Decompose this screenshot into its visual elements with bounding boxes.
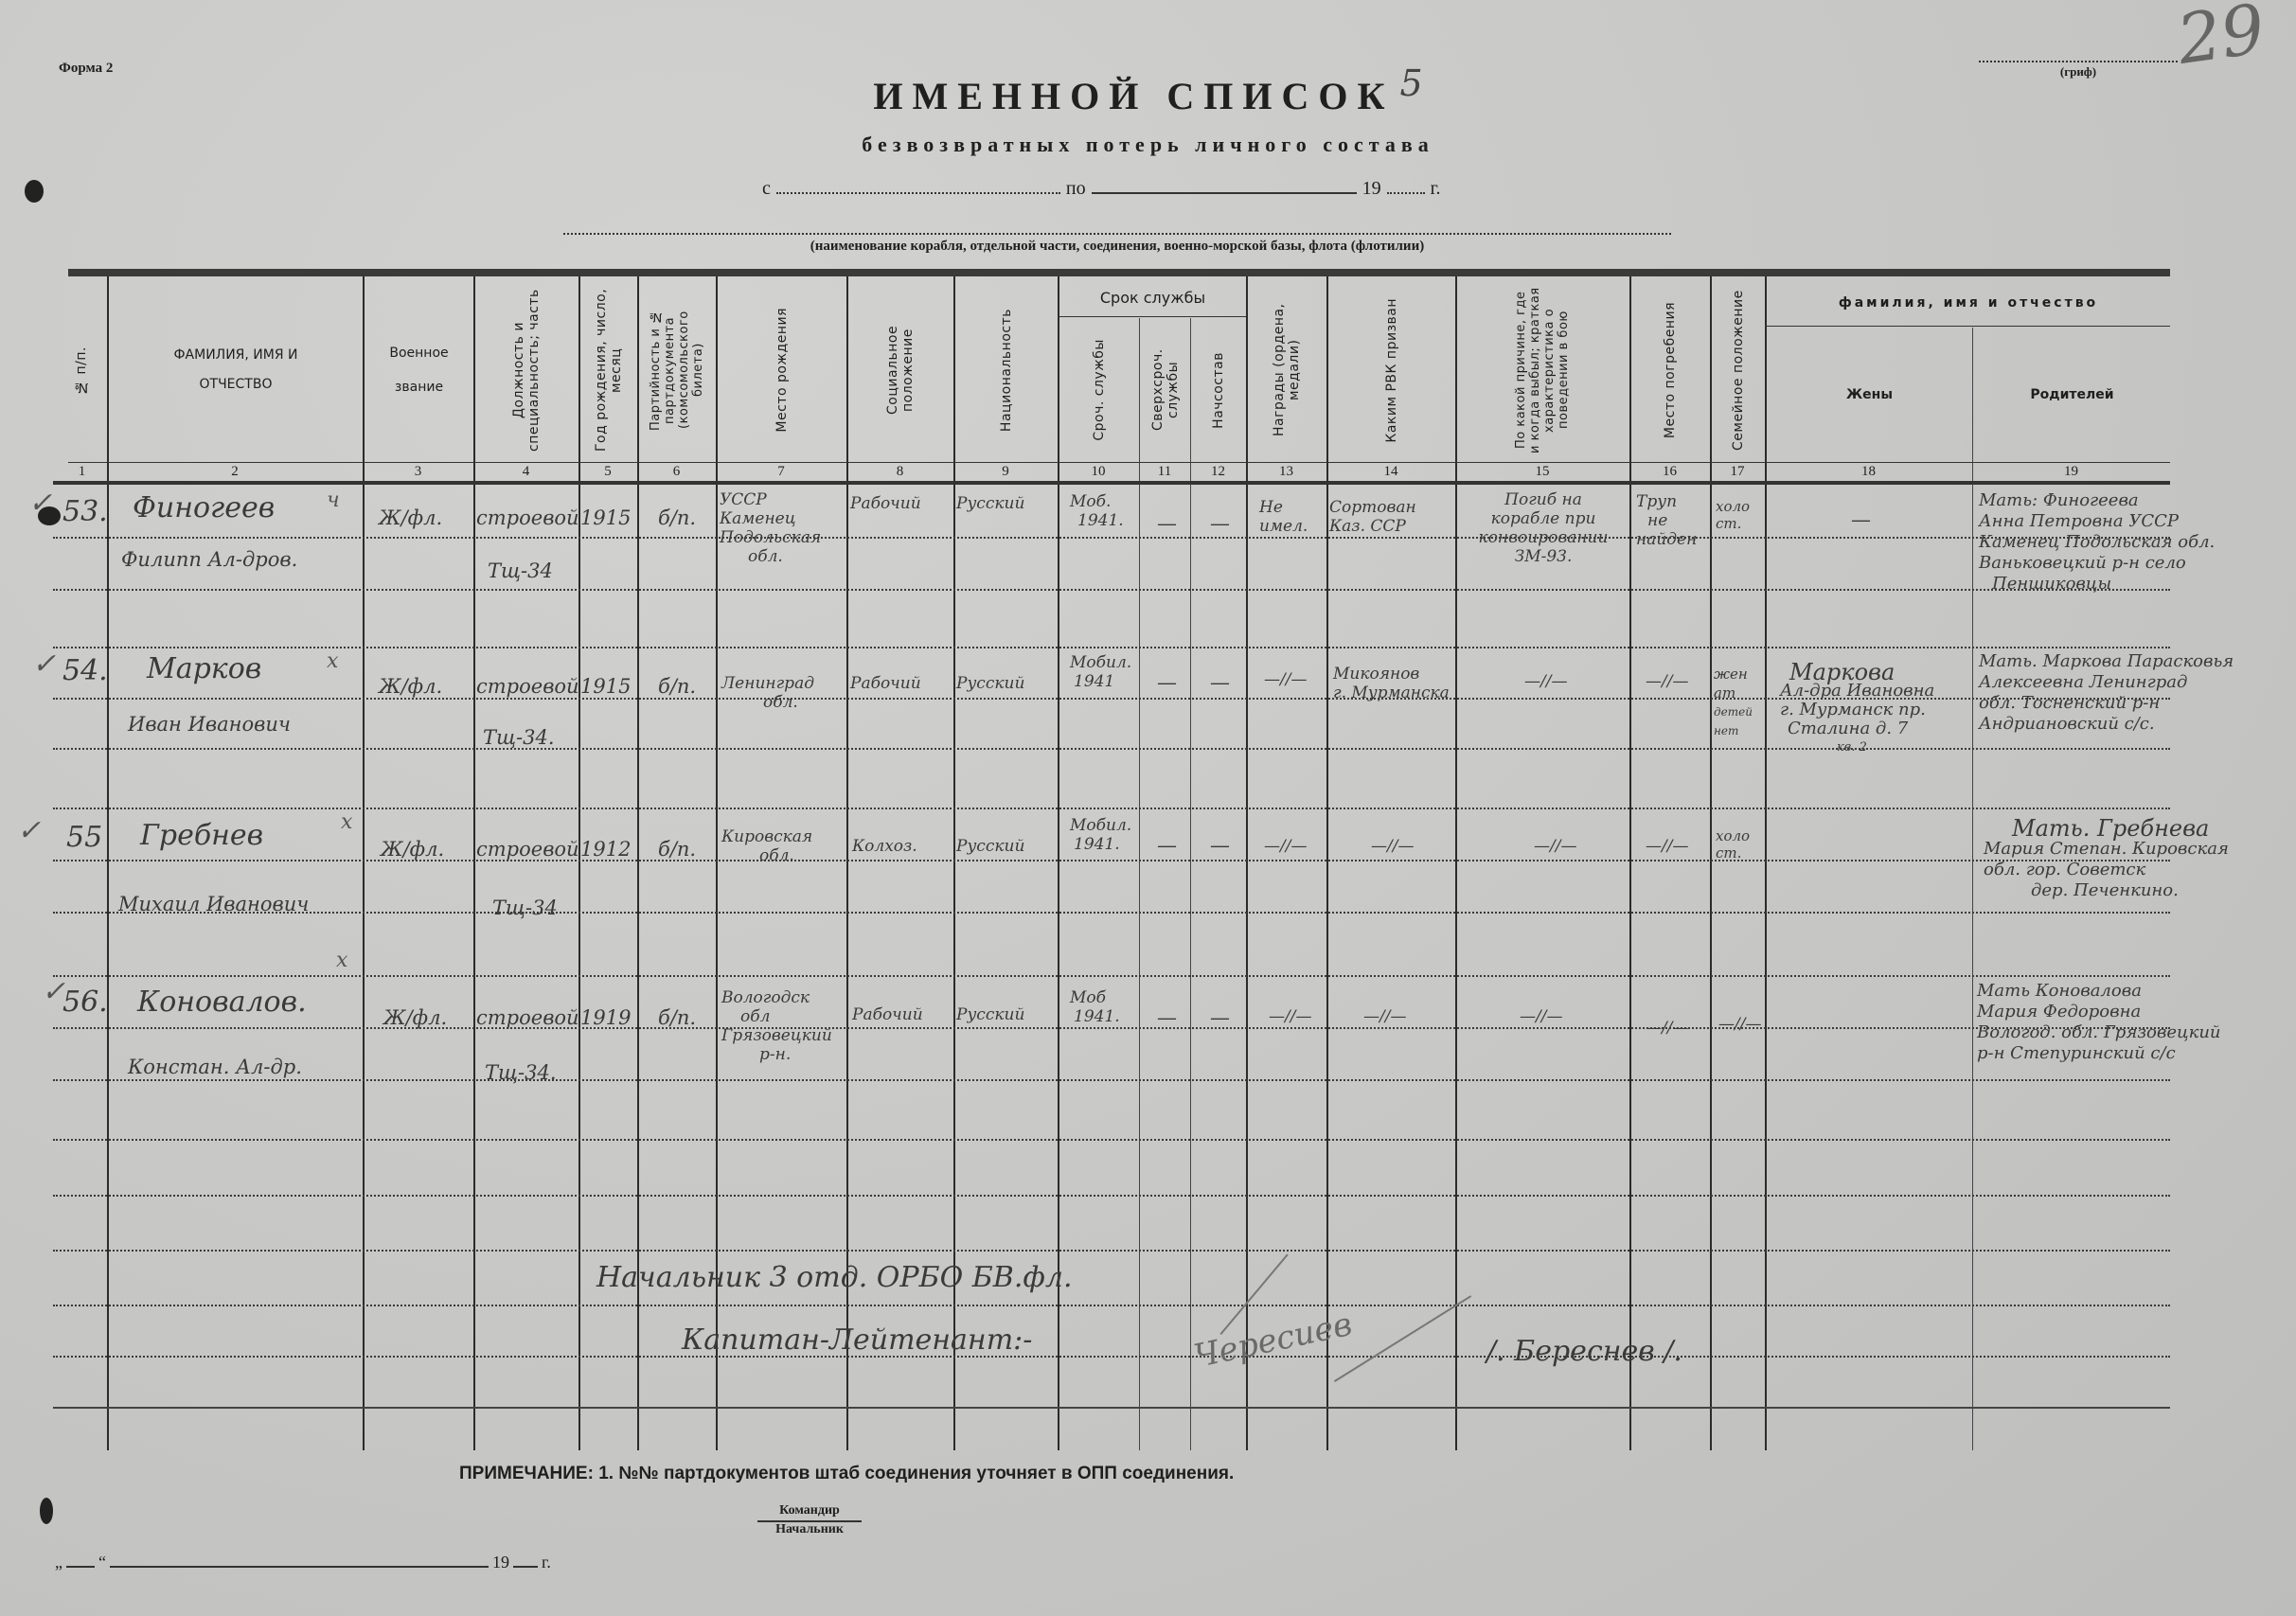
row-number: 55 — [66, 822, 102, 854]
col-header-8: Социальное положение — [848, 280, 953, 460]
rvk: Микояновг. Мурманска — [1333, 665, 1450, 702]
position: строевой — [476, 506, 579, 530]
command-staff: — — [1210, 1005, 1230, 1030]
col-header-4: Должность и специальность; часть — [475, 280, 578, 460]
position: строевой — [476, 674, 579, 699]
family-status: холост. — [1716, 498, 1750, 532]
birth-year: 1915 — [580, 674, 631, 699]
col-header-1: № п/п. — [57, 280, 107, 460]
burial: —//— — [1646, 672, 1688, 691]
term-extended: — — [1157, 670, 1177, 695]
period-to-field[interactable] — [1092, 190, 1357, 194]
reason: —//— — [1534, 837, 1576, 856]
term-regular: Мобил.1941 — [1070, 653, 1131, 691]
unit-name-field[interactable] — [563, 233, 1671, 235]
rvk: СортованКаз. ССР — [1329, 498, 1416, 536]
check-mark-icon: ✓ — [17, 814, 41, 847]
check-mark-icon: ✓ — [32, 648, 56, 681]
col-header-2: ФАМИЛИЯ, ИМЯ И ОТЧЕСТВО — [109, 280, 363, 460]
awards: —//— — [1269, 1007, 1311, 1026]
rvk: —//— — [1371, 837, 1414, 856]
rank: Ж/фл. — [381, 837, 444, 861]
ink-blot — [38, 506, 61, 525]
col-number: 13 — [1246, 464, 1326, 481]
col-header-11: Сверхсроч. службы — [1141, 320, 1190, 460]
commander-label: Командир — [757, 1503, 862, 1522]
date-day-field[interactable] — [66, 1564, 95, 1568]
burial: Трупненайден — [1636, 492, 1697, 549]
position: строевой — [476, 1005, 579, 1030]
tick-mark-icon: х — [327, 649, 338, 673]
col-divider — [1190, 318, 1191, 1450]
col-header-6: Партийность и № партдокумента (комсомоль… — [639, 280, 716, 460]
col-header-19: Родителей — [1974, 329, 2170, 460]
col-header-14: Каким РВК призван — [1328, 280, 1455, 460]
given-names: Михаил Иванович — [118, 892, 309, 916]
ink-blot — [25, 180, 44, 203]
col-header-17: Семейное положение — [1712, 280, 1765, 460]
row-number: 56. — [62, 986, 108, 1019]
family-status: холост. — [1716, 827, 1750, 861]
document-subtitle: безвозвратных потерь личного состава — [0, 133, 2296, 157]
command-staff: — — [1210, 833, 1230, 858]
social-status: Колхоз. — [852, 837, 917, 856]
rank: Ж/фл. — [379, 506, 442, 530]
col-number: 18 — [1765, 464, 1972, 481]
social-status: Рабочий — [850, 674, 921, 693]
col-header-18: Жены — [1767, 329, 1972, 460]
term-regular: Моб.1941. — [1070, 492, 1124, 530]
social-status: Рабочий — [850, 494, 921, 513]
period-year-prefix: 19 — [1362, 178, 1381, 200]
row-number: 54. — [62, 655, 108, 687]
party: б/п. — [658, 1005, 696, 1030]
birthplace: Ленинградобл. — [721, 674, 814, 712]
col-number: 15 — [1455, 464, 1629, 481]
date-year-field[interactable] — [513, 1564, 538, 1568]
row-rule — [53, 1195, 2170, 1197]
sheet-number: 29 — [2173, 0, 2269, 80]
term-regular: Моб1941. — [1070, 988, 1120, 1026]
col-number: 16 — [1629, 464, 1710, 481]
footnote: ПРИМЕЧАНИЕ: 1. №№ партдокументов штаб со… — [459, 1464, 1234, 1484]
nationality: Русский — [956, 1005, 1024, 1024]
col-header-16: Место погребения — [1631, 280, 1710, 460]
reason: —//— — [1524, 672, 1567, 691]
party: б/п. — [658, 506, 696, 530]
row-number: 53. — [62, 496, 108, 528]
family-status: —//— — [1718, 1015, 1761, 1034]
burial: —//— — [1646, 1019, 1688, 1038]
row-rule — [53, 1407, 2170, 1409]
surname: Финогеев — [133, 492, 275, 524]
col-number: 8 — [846, 464, 953, 481]
term-extended: — — [1157, 511, 1177, 536]
col-number: 9 — [953, 464, 1058, 481]
period-year-field[interactable] — [1387, 190, 1425, 194]
wife: — — [1851, 507, 1871, 532]
period-from-label: с — [762, 178, 771, 200]
col-header-10: Сроч. службы — [1059, 320, 1139, 460]
col-number: 12 — [1190, 464, 1246, 481]
col-divider — [1139, 318, 1140, 1450]
col-number: 6 — [637, 464, 716, 481]
term-extended: — — [1157, 1005, 1177, 1030]
row-rule — [53, 1079, 2170, 1081]
date-open-quote: „ — [55, 1553, 62, 1572]
birthplace: ВологодскоблГрязовецкийр-н. — [721, 988, 832, 1064]
birth-year: 1919 — [580, 1005, 631, 1030]
given-names: Констан. Ал-др. — [128, 1055, 302, 1079]
col-number: 5 — [578, 464, 637, 481]
tick-mark-icon: х — [336, 949, 347, 972]
ink-blot — [40, 1498, 53, 1524]
birthplace: УССРКаменецПодольскаяобл. — [720, 490, 821, 566]
row-rule — [53, 1139, 2170, 1141]
date-close-quote: “ — [98, 1553, 106, 1572]
tick-mark-icon: ч — [327, 488, 340, 512]
unit: Тщ-34. — [485, 1060, 557, 1085]
rank: Ж/фл. — [383, 1005, 447, 1030]
group-header-relatives: фамилия, имя и отчество — [1767, 284, 2170, 322]
service-term-underline — [1058, 316, 1246, 317]
col-header-15: По какой причине, где и когда выбыл; кра… — [1457, 280, 1629, 460]
awards: Неимел. — [1259, 498, 1308, 536]
commander-chief-label: Командир Начальник — [757, 1503, 862, 1537]
signatory-title: Начальник 3 отд. ОРБО БВ.фл. — [596, 1261, 1073, 1294]
parents: Мать. ГребневаМария Степан. Кировскаяобл… — [1984, 818, 2229, 901]
given-names: Иван Иванович — [128, 712, 291, 737]
birth-year: 1912 — [580, 837, 631, 861]
unit: Тщ-34 — [492, 896, 558, 920]
row-rule — [53, 537, 2170, 539]
col-number: 10 — [1058, 464, 1139, 481]
document-title: ИМЕННОЙ СПИСОК5 — [0, 74, 2296, 118]
group-header-service-term: Срок службы — [1059, 282, 1246, 314]
tick-mark-icon: х — [341, 810, 352, 834]
col-header-3: Военное звание — [365, 280, 473, 460]
row-rule — [53, 1027, 2170, 1029]
row-rule — [53, 647, 2170, 648]
unit-caption: (наименование корабля, отдельной части, … — [563, 239, 1671, 255]
awards: —//— — [1264, 837, 1307, 856]
burial: —//— — [1646, 837, 1688, 856]
party: б/п. — [658, 837, 696, 861]
col-header-7: Место рождения — [718, 280, 846, 460]
nationality: Русский — [956, 674, 1024, 693]
row-rule — [53, 1356, 2170, 1358]
reason: —//— — [1520, 1007, 1562, 1026]
signatory-name: /. Береснев /. — [1486, 1335, 1682, 1368]
date-year-suffix: г. — [542, 1553, 551, 1572]
list-number: 5 — [1399, 62, 1422, 104]
position: строевой — [476, 837, 579, 861]
surname: Коновалов. — [137, 986, 307, 1019]
row-rule — [53, 808, 2170, 809]
period-to-label: по — [1066, 178, 1086, 200]
signatory-rank: Капитан-Лейтенант:- — [682, 1323, 1032, 1357]
relatives-underline — [1765, 326, 2170, 327]
rvk: —//— — [1363, 1007, 1406, 1026]
chief-label: Начальник — [757, 1522, 862, 1537]
reason: Погиб накорабле приконвоированииЗМ-93. — [1462, 490, 1625, 566]
col-number: 19 — [1972, 464, 2170, 481]
parents: Мать. Маркова ПарасковьяАлексеевна Ленин… — [1979, 651, 2234, 735]
col-number: 11 — [1139, 464, 1190, 481]
term-extended: — — [1157, 833, 1177, 858]
title-text: ИМЕННОЙ СПИСОК — [873, 75, 1394, 117]
surname: Гребнев — [140, 820, 263, 852]
rank: Ж/фл. — [379, 674, 442, 699]
nationality: Русский — [956, 494, 1024, 513]
col-header-9: Национальность — [955, 280, 1058, 460]
col-number: 4 — [473, 464, 578, 481]
unit: Тщ-34. — [483, 725, 555, 750]
wife: МарковаАл-дра Ивановнаг. Мурманск пр.Ста… — [1780, 663, 1934, 757]
period-line: с по 19 г. — [762, 178, 1441, 200]
col-header-12: Начсостав — [1192, 320, 1246, 460]
col-number: 3 — [363, 464, 473, 481]
grif-line — [1979, 61, 2178, 62]
row-rule — [53, 1305, 2170, 1306]
col-header-13: Награды (ордена, медали) — [1248, 280, 1326, 460]
col-number: 17 — [1710, 464, 1765, 481]
given-names: Филипп Ал-дров. — [121, 547, 297, 572]
row-rule — [53, 912, 2170, 914]
footer-date-line: „ “ 19 г. — [55, 1553, 551, 1572]
row-rule — [53, 1250, 2170, 1252]
social-status: Рабочий — [852, 1005, 923, 1024]
row-rule — [53, 589, 2170, 591]
surname: Марков — [147, 653, 261, 685]
date-year-prefix: 19 — [492, 1553, 509, 1572]
parents: Мать: ФиногееваАнна Петровна УССРКаменец… — [1979, 490, 2215, 595]
col-number: 1 — [57, 464, 107, 481]
table-top-border — [68, 269, 2170, 276]
parents: Мать КоноваловаМария ФедоровнаВологод. о… — [1977, 981, 2221, 1064]
date-month-field[interactable] — [110, 1564, 489, 1568]
unit: Тщ-34 — [488, 559, 553, 583]
col-number: 2 — [107, 464, 363, 481]
col-number: 7 — [716, 464, 846, 481]
row-rule — [53, 975, 2170, 977]
col-number: 14 — [1326, 464, 1455, 481]
term-regular: Мобил.1941. — [1070, 816, 1131, 854]
col-divider — [1972, 328, 1973, 1450]
birth-year: 1915 — [580, 506, 631, 530]
awards: —//— — [1264, 670, 1307, 689]
command-staff: — — [1210, 670, 1230, 695]
column-number-rule — [68, 462, 2170, 463]
family-status: женатдетейнет — [1714, 665, 1753, 740]
period-year-suffix: г. — [1431, 178, 1441, 200]
handwritten-signature: Чересиев — [1191, 1305, 1356, 1376]
period-from-field[interactable] — [776, 190, 1060, 194]
party: б/п. — [658, 674, 696, 699]
col-header-5: Год рождения, число, месяц — [580, 280, 637, 460]
nationality: Русский — [956, 837, 1024, 856]
header-bottom-border — [53, 481, 2170, 485]
command-staff: — — [1210, 511, 1230, 536]
birthplace: Кировскаяобл. — [721, 827, 812, 865]
row-rule — [53, 860, 2170, 861]
